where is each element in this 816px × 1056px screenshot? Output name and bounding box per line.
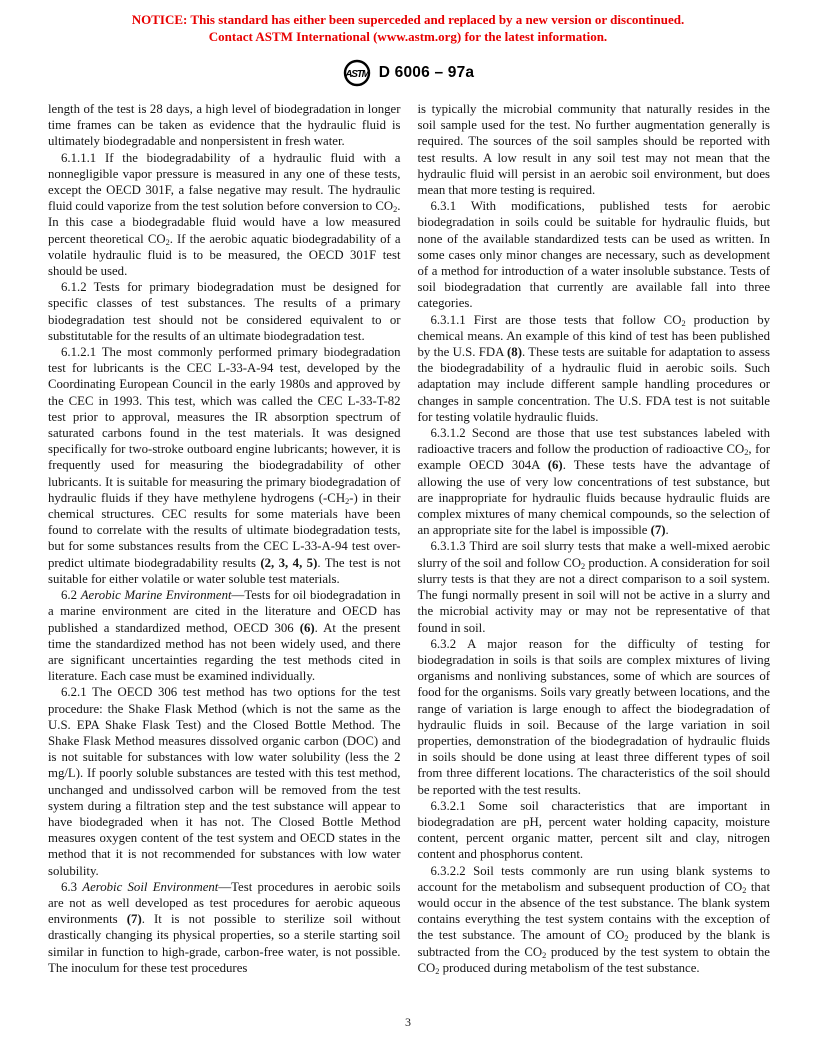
paragraph-6-3-1-1: 6.3.1.1 First are those tests that follo… (418, 312, 771, 425)
paragraph-6-1-2: 6.1.2 Tests for primary biodegradation m… (48, 279, 401, 344)
paragraph-6-3-1: 6.3.1 With modifications, published test… (418, 198, 771, 311)
paragraph-6-3-2-1: 6.3.2.1 Some soil characteristics that a… (418, 798, 771, 863)
document-page: { "notice": { "line1": "NOTICE: This sta… (0, 0, 816, 1056)
right-column: is typically the microbial community tha… (418, 101, 771, 976)
notice-line-1: NOTICE: This standard has either been su… (0, 11, 816, 28)
astm-logo-icon: ASTM (342, 58, 372, 88)
paragraph-6-3-1-3: 6.3.1.3 Third are soil slurry tests that… (418, 538, 771, 635)
left-column: length of the test is 28 days, a high le… (48, 101, 401, 976)
paragraph-6-2: 6.2 Aerobic Marine Environment—Tests for… (48, 587, 401, 684)
paragraph-6-3-1-2: 6.3.1.2 Second are those that use test s… (418, 425, 771, 538)
document-body: length of the test is 28 days, a high le… (0, 89, 816, 976)
paragraph-6-1-1-1: 6.1.1.1 If the biodegradability of a hyd… (48, 150, 401, 280)
notice-line-2: Contact ASTM International (www.astm.org… (0, 28, 816, 45)
paragraph-6-3-2: 6.3.2 A major reason for the difficulty … (418, 636, 771, 798)
discontinuation-notice: NOTICE: This standard has either been su… (0, 0, 816, 45)
page-number: 3 (405, 1015, 411, 1029)
standard-designation: D 6006 – 97a (379, 64, 474, 82)
page-footer: 3 (0, 1015, 816, 1030)
paragraph-6-1-2-1: 6.1.2.1 The most commonly performed prim… (48, 344, 401, 587)
paragraph-6-1-1-continuation: length of the test is 28 days, a high le… (48, 101, 401, 150)
paragraph-6-3-2-2: 6.3.2.2 Soil tests commonly are run usin… (418, 863, 771, 976)
paragraph-6-3-continuation: is typically the microbial community tha… (418, 101, 771, 198)
paragraph-6-2-1: 6.2.1 The OECD 306 test method has two o… (48, 684, 401, 878)
paragraph-6-3: 6.3 Aerobic Soil Environment—Test proced… (48, 879, 401, 976)
svg-text:ASTM: ASTM (344, 69, 370, 80)
standard-header: ASTM D 6006 – 97a (0, 57, 816, 89)
